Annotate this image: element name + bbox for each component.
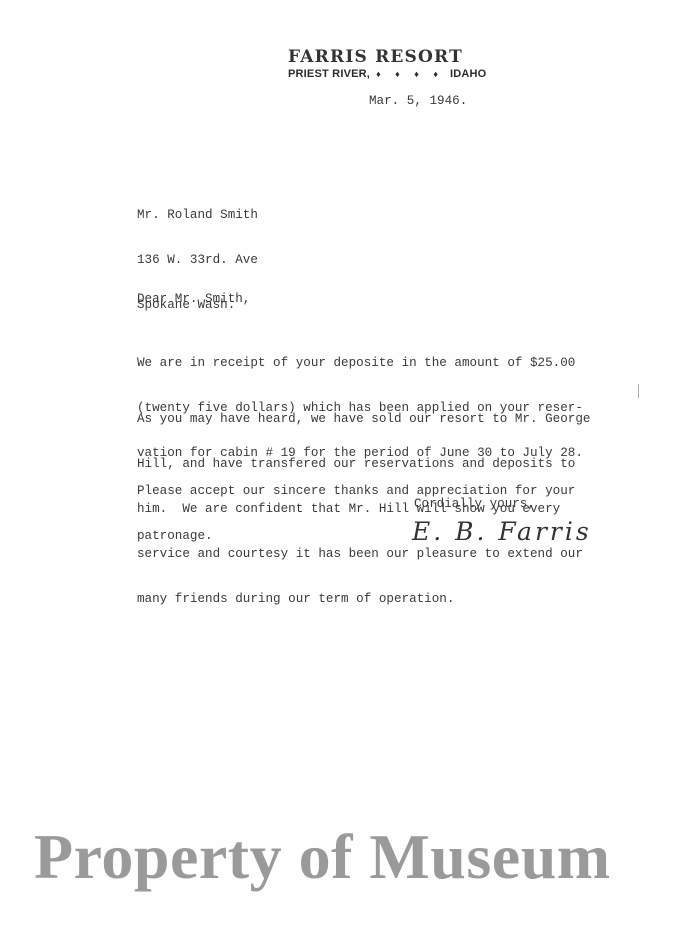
- resort-name: FARRIS RESORT: [288, 47, 503, 67]
- closing: Cordially yours,: [414, 497, 535, 512]
- body-paragraph-3: Please accept our sincere thanks and app…: [137, 454, 575, 574]
- diamond-ornament-icon: ♦ ♦ ♦ ♦: [376, 67, 444, 81]
- body-line: many friends during our term of operatio…: [137, 592, 590, 607]
- letter-page: FARRIS RESORT PRIEST RIVER, ♦ ♦ ♦ ♦ IDAH…: [0, 0, 691, 950]
- resort-city: PRIEST RIVER,: [288, 67, 370, 81]
- body-line: We are in receipt of your deposite in th…: [137, 356, 583, 371]
- scan-mark: [638, 384, 639, 398]
- recipient-address: Mr. Roland Smith 136 W. 33rd. Ave Spokan…: [137, 178, 258, 343]
- letter-date: Mar. 5, 1946.: [369, 94, 467, 109]
- address-line: 136 W. 33rd. Ave: [137, 253, 258, 268]
- watermark: Property of Museum: [34, 822, 674, 892]
- body-line: As you may have heard, we have sold our …: [137, 412, 590, 427]
- resort-state: IDAHO: [450, 67, 486, 81]
- salutation: Dear Mr. Smith,: [137, 292, 250, 307]
- handwritten-signature: E. B. Farris: [412, 517, 592, 546]
- resort-location: PRIEST RIVER, ♦ ♦ ♦ ♦ IDAHO: [288, 67, 503, 81]
- address-line: Mr. Roland Smith: [137, 208, 258, 223]
- letterhead: FARRIS RESORT PRIEST RIVER, ♦ ♦ ♦ ♦ IDAH…: [288, 47, 503, 81]
